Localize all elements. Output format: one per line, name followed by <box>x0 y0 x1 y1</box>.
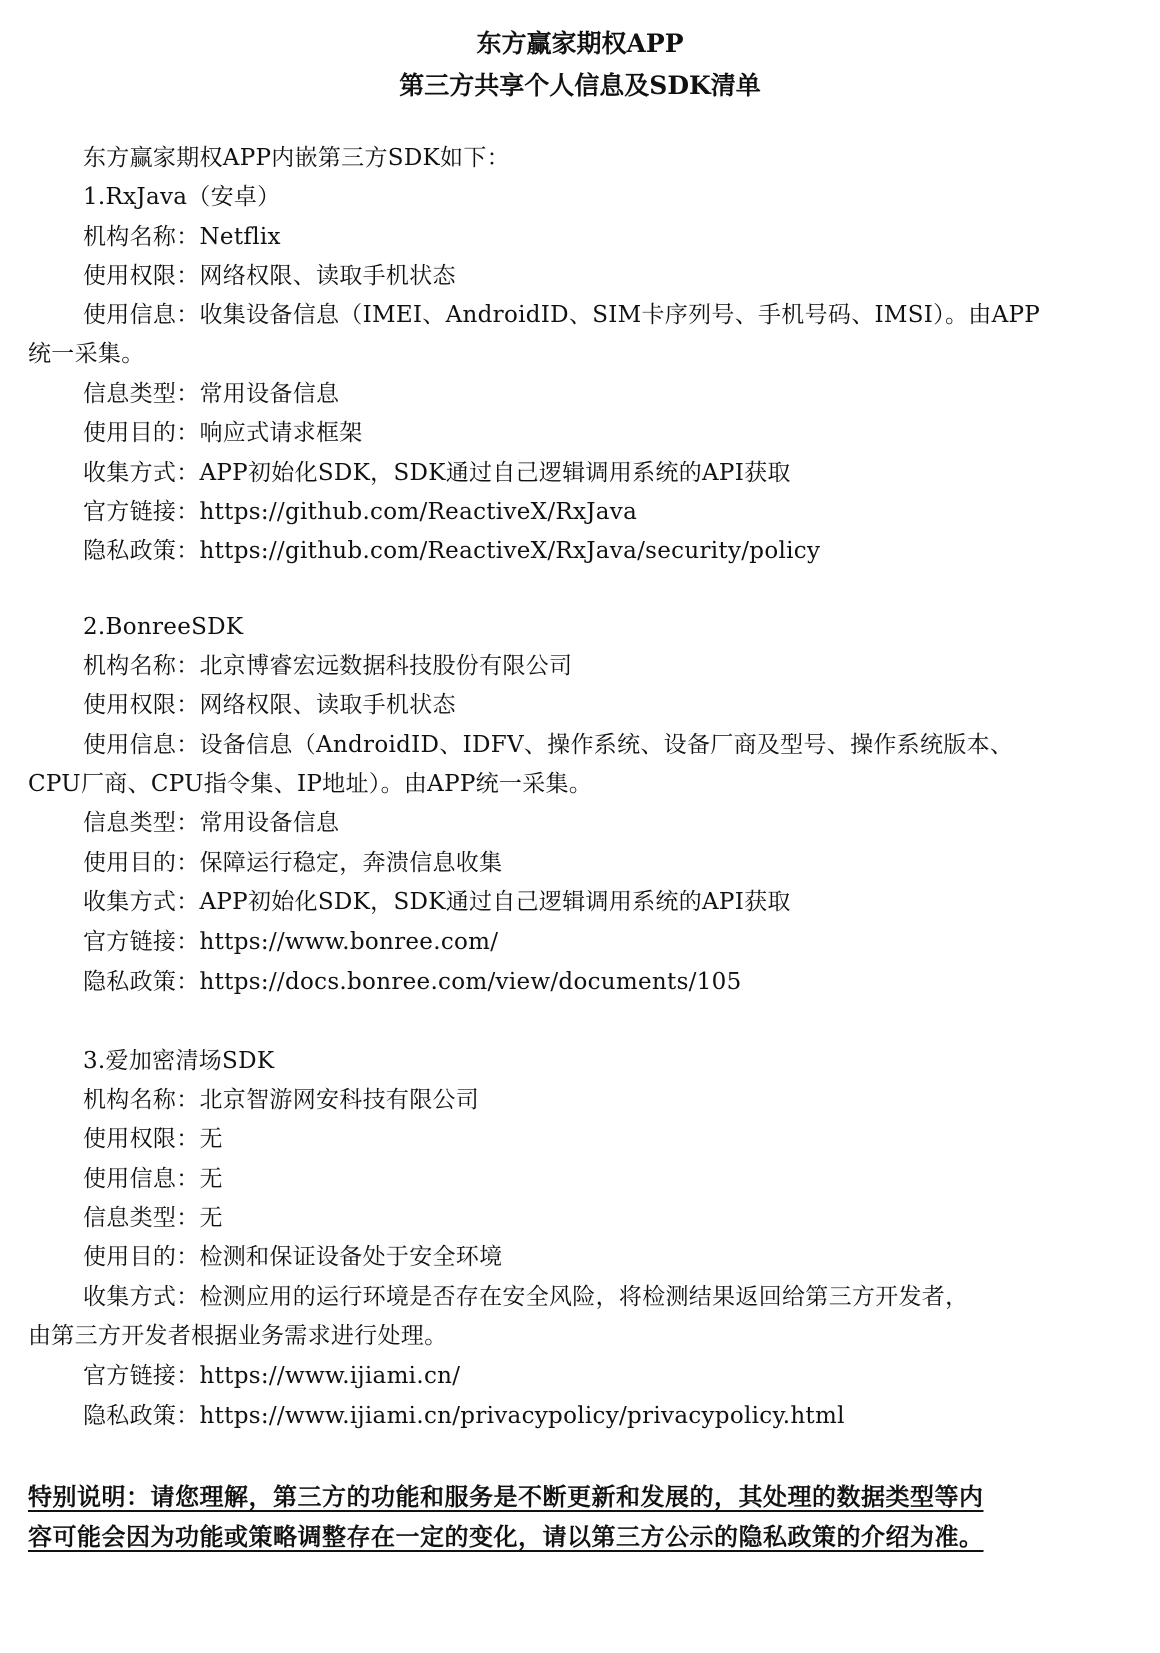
sdk-privacy-policy-link[interactable]: 隐私政策：https://github.com/ReactiveX/RxJava… <box>83 536 820 566</box>
sdk-info-type: 信息类型：无 <box>83 1203 223 1233</box>
special-note: 特别说明：请您理解，第三方的功能和服务是不断更新和发展的，其处理的数据类型等内 <box>28 1477 984 1512</box>
sdk-org: 机构名称：Netflix <box>83 222 281 252</box>
intro-text: 东方赢家期权APP内嵌第三方SDK如下： <box>83 143 510 173</box>
sdk-permissions: 使用权限：无 <box>83 1124 223 1154</box>
sdk-info: 使用信息：收集设备信息（IMEI、AndroidID、SIM卡序列号、手机号码、… <box>83 300 1040 330</box>
sdk-method: 收集方式：APP初始化SDK，SDK通过自己逻辑调用系统的API获取 <box>83 458 791 488</box>
sdk-privacy-policy-link[interactable]: 隐私政策：https://docs.bonree.com/view/docume… <box>83 967 742 997</box>
sdk-official-link[interactable]: 官方链接：https://github.com/ReactiveX/RxJava <box>83 497 637 527</box>
sdk-heading: 1.RxJava（安卓） <box>83 182 280 212</box>
sdk-method: 收集方式：APP初始化SDK，SDK通过自己逻辑调用系统的API获取 <box>83 887 791 917</box>
sdk-purpose: 使用目的：保障运行稳定，奔溃信息收集 <box>83 848 502 878</box>
sdk-official-link[interactable]: 官方链接：https://www.ijiami.cn/ <box>83 1361 460 1391</box>
sdk-heading: 2.BonreeSDK <box>83 612 243 642</box>
sdk-purpose: 使用目的：检测和保证设备处于安全环境 <box>83 1242 502 1272</box>
sdk-heading: 3.爱加密清场SDK <box>83 1046 274 1076</box>
sdk-privacy-policy-link[interactable]: 隐私政策：https://www.ijiami.cn/privacypolicy… <box>83 1401 845 1431</box>
sdk-info-cont: 统一采集。 <box>28 339 145 369</box>
sdk-org: 机构名称：北京博睿宏远数据科技股份有限公司 <box>83 651 572 681</box>
sdk-info: 使用信息：无 <box>83 1164 223 1194</box>
sdk-org: 机构名称：北京智游网安科技有限公司 <box>83 1085 479 1115</box>
special-note-cont: 容可能会因为功能或策略调整存在一定的变化，请以第三方公示的隐私政策的介绍为准。 <box>28 1517 984 1552</box>
sdk-permissions: 使用权限：网络权限、读取手机状态 <box>83 690 456 720</box>
sdk-permissions: 使用权限：网络权限、读取手机状态 <box>83 261 456 291</box>
sdk-info-cont: CPU厂商、CPU指令集、IP地址）。由APP统一采集。 <box>28 769 592 799</box>
sdk-method-cont: 由第三方开发者根据业务需求进行处理。 <box>28 1321 447 1351</box>
sdk-info-type: 信息类型：常用设备信息 <box>83 379 339 409</box>
document-title: 东方赢家期权APP <box>0 24 1160 60</box>
sdk-info: 使用信息：设备信息（AndroidID、IDFV、操作系统、设备厂商及型号、操作… <box>83 730 1013 760</box>
sdk-official-link[interactable]: 官方链接：https://www.bonree.com/ <box>83 927 498 957</box>
sdk-method: 收集方式：检测应用的运行环境是否存在安全风险，将检测结果返回给第三方开发者， <box>83 1282 968 1312</box>
sdk-purpose: 使用目的：响应式请求框架 <box>83 418 363 448</box>
sdk-info-type: 信息类型：常用设备信息 <box>83 808 339 838</box>
document-subtitle: 第三方共享个人信息及SDK清单 <box>0 66 1160 102</box>
